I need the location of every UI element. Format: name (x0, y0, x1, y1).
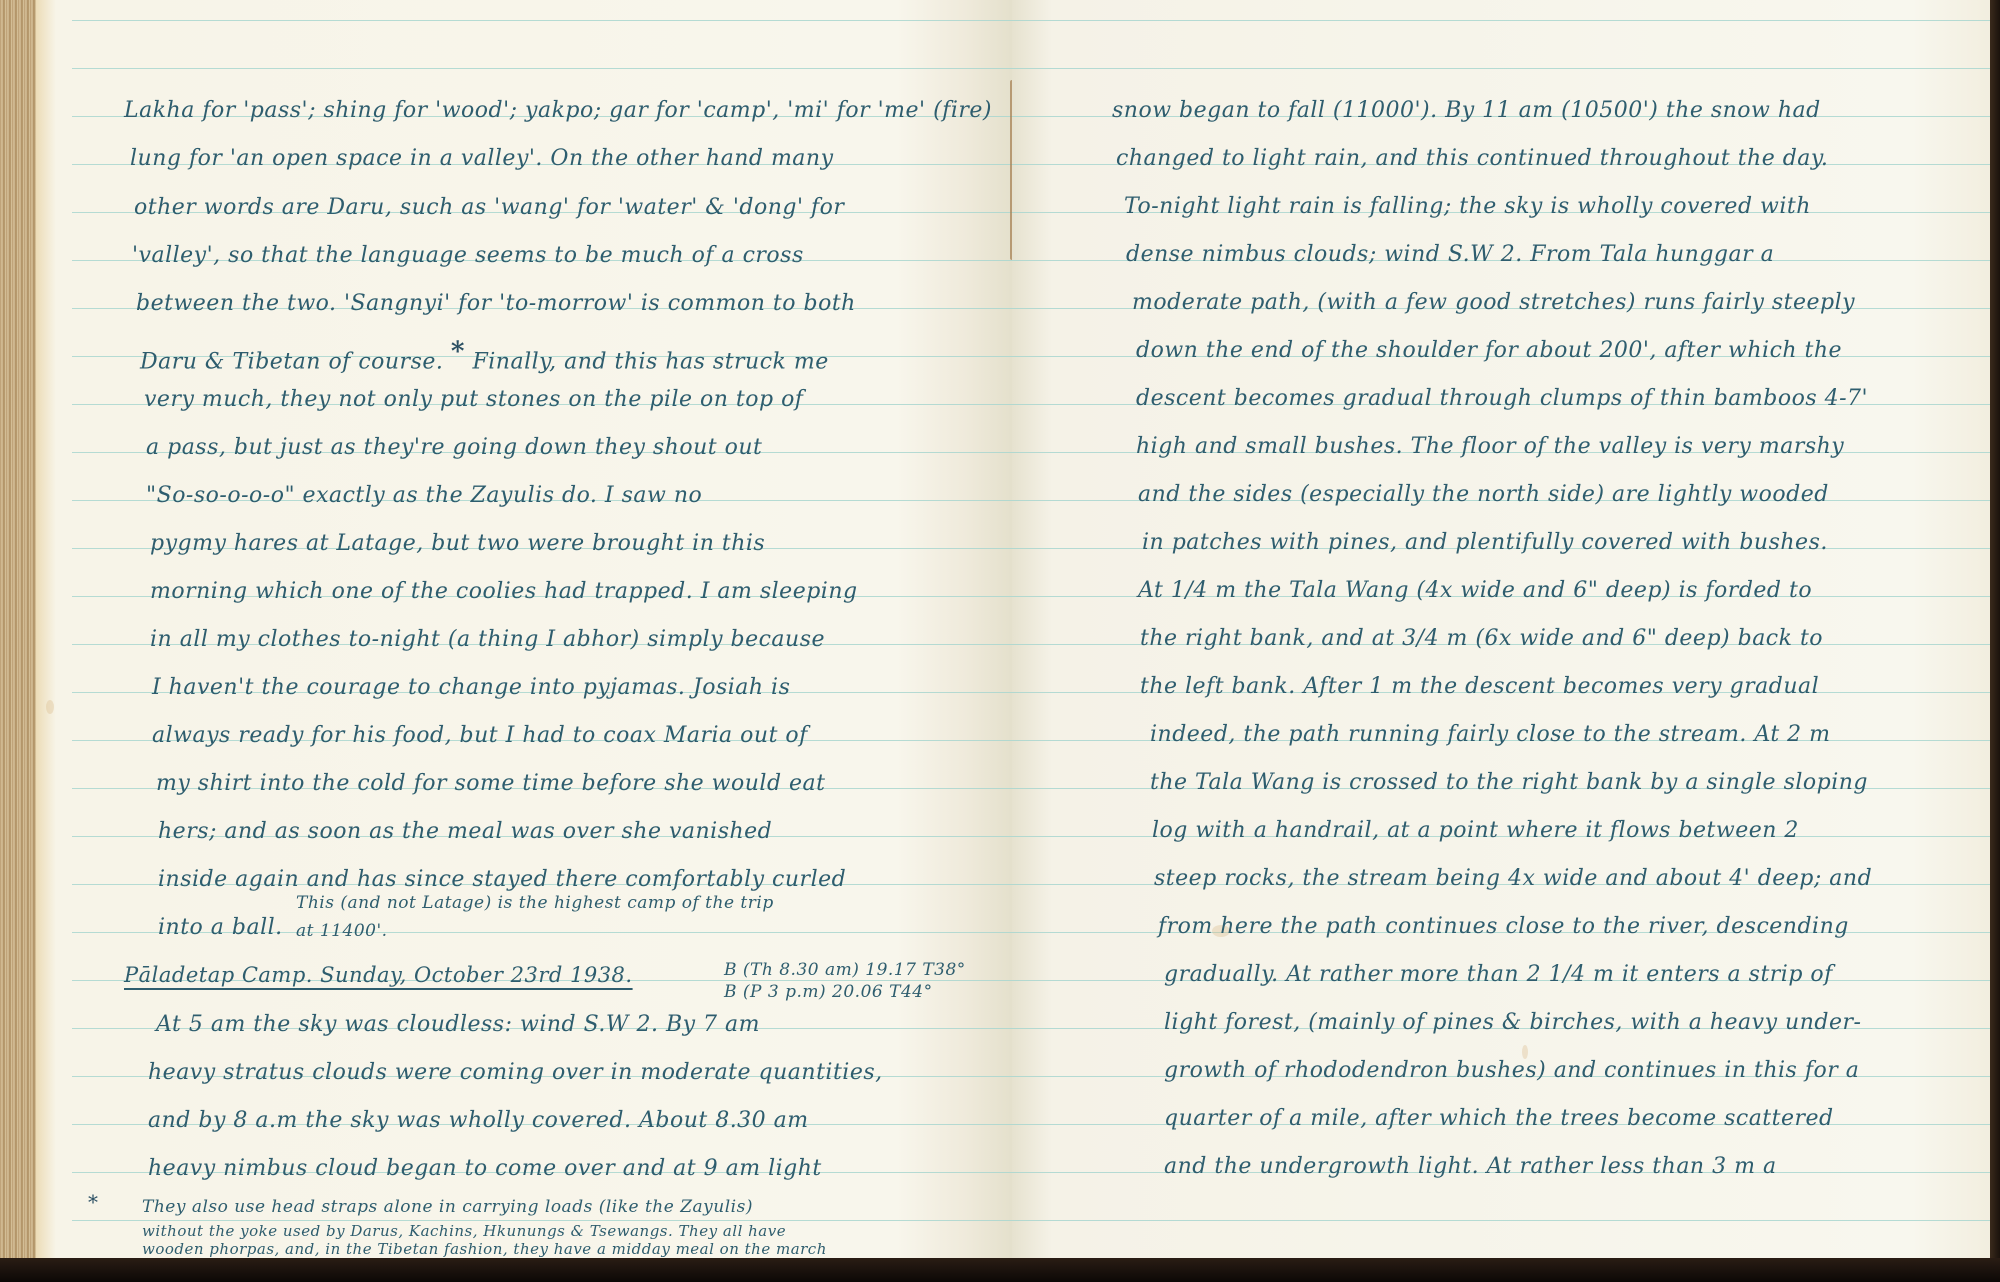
text-line: 'valley', so that the language seems to … (132, 241, 804, 271)
margin-note: at 11400'. (296, 916, 388, 946)
paper-stain (46, 700, 54, 714)
text-line: and the sides (especially the north side… (1138, 480, 1829, 510)
text-line: growth of rhododendron bushes) and conti… (1164, 1056, 1859, 1086)
text-line: indeed, the path running fairly close to… (1150, 720, 1831, 750)
text-line: At 5 am the sky was cloudless: wind S.W … (156, 1010, 760, 1040)
text-line: pygmy hares at Latage, but two were brou… (150, 529, 765, 559)
barometer-reading: B (Th 8.30 am) 19.17 T38° (724, 960, 966, 980)
text-line: in all my clothes to-night (a thing I ab… (150, 625, 825, 655)
page-edge (1990, 0, 2000, 1258)
text-line: from here the path continues close to th… (1158, 912, 1849, 942)
text-line: the right bank, and at 3/4 m (6x wide an… (1140, 624, 1823, 654)
entry-heading: Pāladetap Camp. Sunday, October 23rd 193… (124, 960, 633, 990)
text-line: my shirt into the cold for some time bef… (156, 769, 826, 799)
text-line: changed to light rain, and this continue… (1116, 144, 1828, 174)
text-line: heavy nimbus cloud began to come over an… (148, 1154, 822, 1184)
text-line: At 1/4 m the Tala Wang (4x wide and 6" d… (1138, 576, 1812, 606)
text-line: always ready for his food, but I had to … (152, 721, 808, 751)
text-line: I haven't the courage to change into pyj… (152, 673, 790, 703)
text-line: To-night light rain is falling; the sky … (1124, 192, 1811, 222)
text-line: down the end of the shoulder for about 2… (1136, 336, 1842, 366)
text-line: heavy stratus clouds were coming over in… (148, 1058, 883, 1088)
text-line: the left bank. After 1 m the descent bec… (1140, 672, 1819, 702)
text-line: gradually. At rather more than 2 1/4 m i… (1164, 960, 1833, 990)
text-line: hers; and as soon as the meal was over s… (158, 817, 772, 847)
left-page: Lakha for 'pass'; shing for 'wood'; yakp… (36, 0, 1012, 1258)
text-line: Lakha for 'pass'; shing for 'wood'; yakp… (124, 96, 992, 126)
text-line: high and small bushes. The floor of the … (1136, 432, 1844, 462)
notebook-spread: Lakha for 'pass'; shing for 'wood'; yakp… (0, 0, 2000, 1258)
text-line: snow began to fall (11000'). By 11 am (1… (1112, 96, 1821, 126)
asterisk-icon: * (88, 1190, 99, 1214)
text-segment: Finally, and this has struck me (473, 349, 829, 374)
text-line: dense nimbus clouds; wind S.W 2. From Ta… (1126, 240, 1774, 270)
page-stack-edge (0, 0, 36, 1258)
text-line: log with a handrail, at a point where it… (1152, 816, 1799, 846)
text-line: morning which one of the coolies had tra… (150, 577, 858, 607)
background-surface (0, 1258, 2000, 1282)
text-line: and by 8 a.m the sky was wholly covered.… (148, 1106, 809, 1136)
text-line: quarter of a mile, after which the trees… (1164, 1104, 1834, 1134)
text-line: into a ball. (158, 913, 283, 943)
asterisk-icon: * (451, 337, 465, 367)
text-line: in patches with pines, and plentifully c… (1142, 528, 1828, 558)
text-segment: Daru & Tibetan of course. (140, 349, 443, 374)
barometer-reading: B (P 3 p.m) 20.06 T44° (724, 982, 933, 1002)
text-line: moderate path, (with a few good stretche… (1132, 288, 1855, 318)
text-line: steep rocks, the stream being 4x wide an… (1154, 864, 1872, 894)
text-line: Daru & Tibetan of course. * Finally, and… (140, 337, 829, 367)
margin-note: This (and not Latage) is the highest cam… (296, 888, 774, 918)
text-line: a pass, but just as they're going down t… (146, 433, 762, 463)
text-line: lung for 'an open space in a valley'. On… (130, 144, 834, 174)
text-line: other words are Daru, such as 'wang' for… (134, 193, 844, 223)
text-line: light forest, (mainly of pines & birches… (1164, 1008, 1861, 1038)
text-line: and the undergrowth light. At rather les… (1164, 1152, 1777, 1182)
text-line: very much, they not only put stones on t… (144, 385, 803, 415)
text-line: "So-so-o-o-o" exactly as the Zayulis do.… (146, 481, 702, 511)
text-line: between the two. 'Sangnyi' for 'to-morro… (136, 289, 856, 319)
right-page: snow began to fall (11000'). By 11 am (1… (1012, 0, 1990, 1258)
text-line: the Tala Wang is crossed to the right ba… (1150, 768, 1868, 798)
text-line: descent becomes gradual through clumps o… (1136, 384, 1868, 414)
